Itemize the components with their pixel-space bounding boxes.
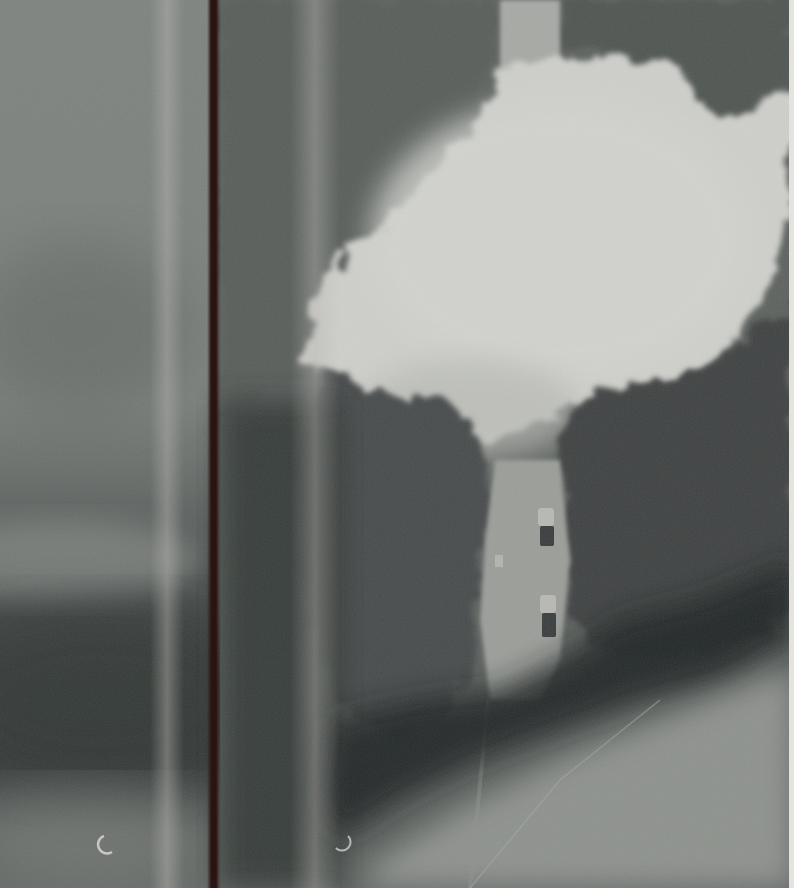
page-gutter <box>207 0 221 888</box>
paper-edge <box>789 0 794 888</box>
aerial-photograph: Grayscale aerial photograph printed on a… <box>0 0 794 888</box>
photo-canvas <box>0 0 794 888</box>
